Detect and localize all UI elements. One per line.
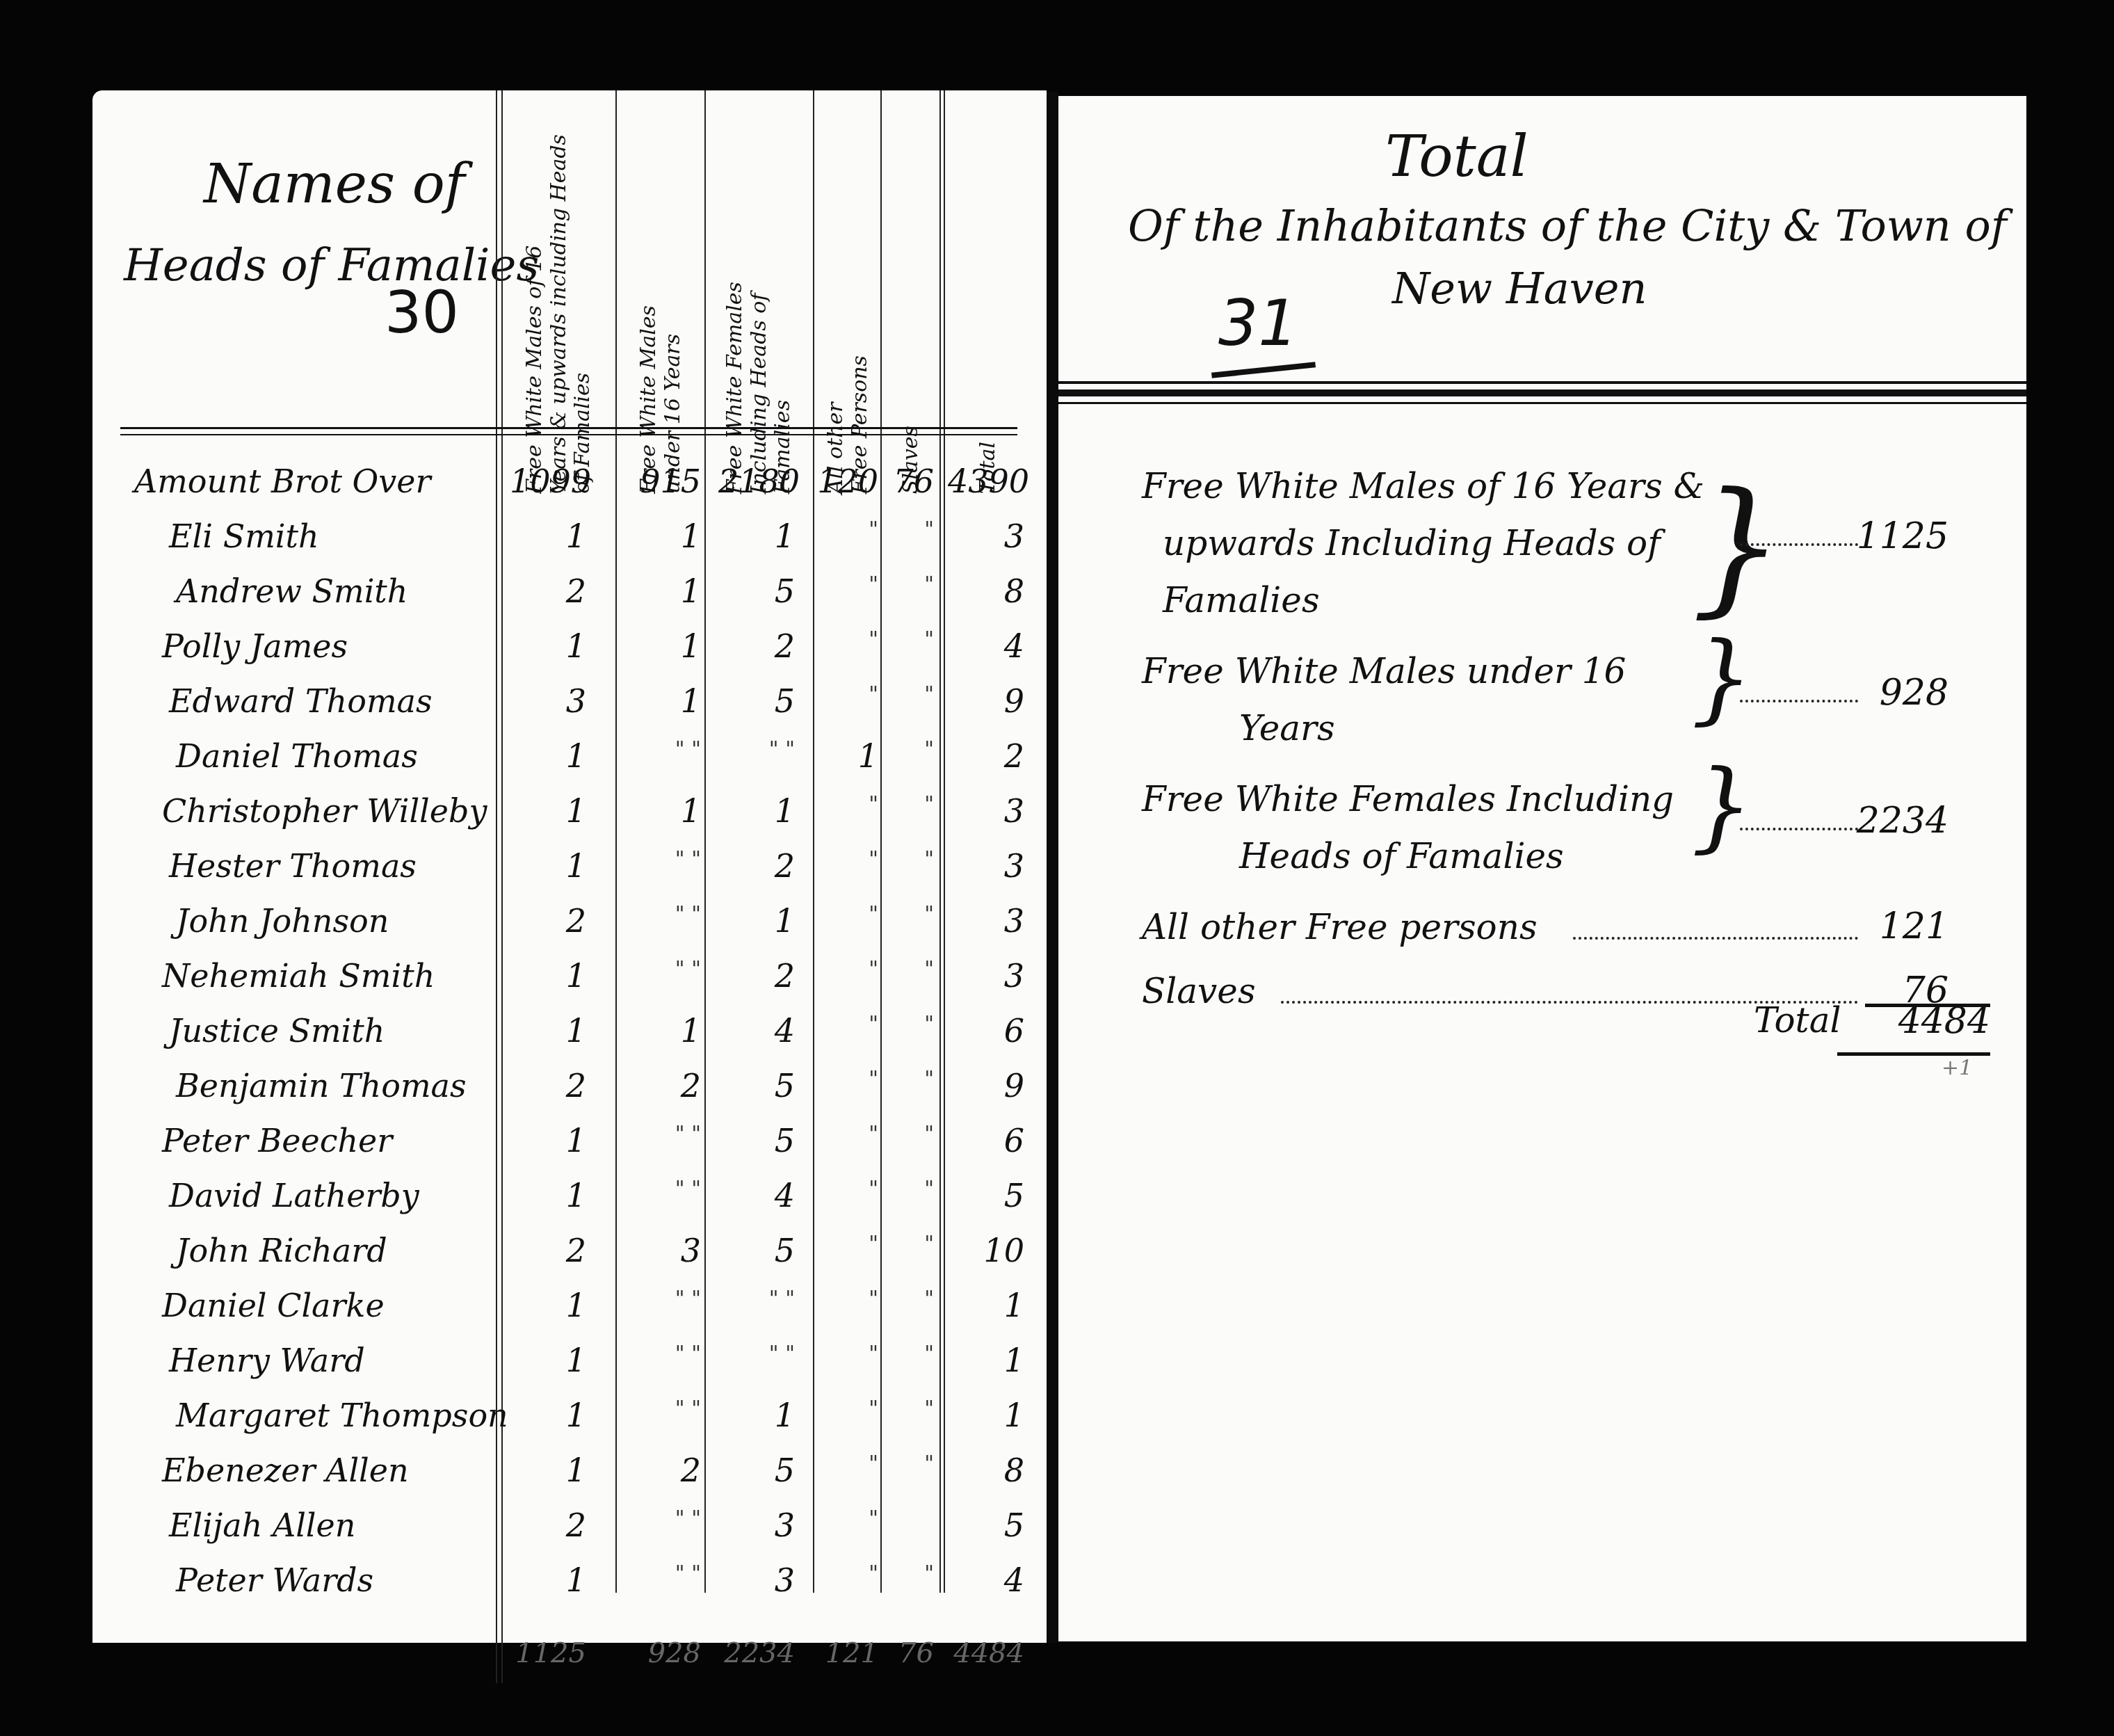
cell-fwf: 1: [718, 517, 795, 555]
cell-total: 9: [948, 1067, 1024, 1104]
brace-icon: }: [1691, 474, 1784, 620]
cell-fwf: 5: [718, 1122, 795, 1159]
total-total: 4484: [948, 1637, 1024, 1669]
head-of-family-name: Amount Brot Over: [134, 463, 430, 500]
table-row: Elijah Allen2" "3"5: [92, 1506, 1047, 1561]
table-row: Benjamin Thomas225""9: [92, 1067, 1047, 1121]
table-row: David Latherby1" "4""5: [92, 1177, 1047, 1231]
cell-slaves: ": [857, 517, 934, 542]
head-of-family-name: Daniel Thomas: [176, 737, 418, 775]
cell-total: 8: [948, 1452, 1024, 1489]
cell-total: 4: [948, 1561, 1024, 1599]
cell-fwf: 5: [718, 1452, 795, 1489]
summary-item: All other Free persons121: [1142, 899, 1990, 956]
cell-slaves: ": [857, 682, 934, 707]
cell-fwf: 5: [718, 572, 795, 610]
table-row: Ebenezer Allen125""8: [92, 1452, 1047, 1506]
cell-total: 1: [948, 1342, 1024, 1379]
head-of-family-name: Eli Smith: [169, 517, 319, 555]
cell-slaves: ": [857, 957, 934, 981]
head-of-family-name: David Latherby: [169, 1177, 419, 1214]
cell-fwm16up: 2: [510, 1506, 586, 1544]
leader-dots: [1740, 828, 1858, 830]
cell-fwm16up: 2: [510, 1232, 586, 1269]
table-row: Polly James112""4: [92, 627, 1047, 682]
table-row: Christopher Willeby111""3: [92, 792, 1047, 846]
cell-total: 6: [948, 1122, 1024, 1159]
cell-total: 4390: [948, 463, 1024, 500]
cell-slaves: ": [857, 1067, 934, 1091]
head-of-family-name: Andrew Smith: [176, 572, 408, 610]
head-of-family-name: Benjamin Thomas: [176, 1067, 467, 1104]
cell-total: 5: [948, 1506, 1024, 1544]
cell-fwm_u16: 915: [624, 463, 701, 500]
cell-fwm_u16: " ": [624, 1342, 701, 1366]
cell-fwm_u16: 2: [624, 1452, 701, 1489]
cell-fwm16up: 1: [510, 1177, 586, 1214]
summary-value: 1125: [1857, 515, 1948, 557]
header-rule: [120, 427, 1017, 429]
head-of-family-name: Nehemiah Smith: [162, 957, 435, 995]
cell-fwf: 5: [718, 682, 795, 720]
table-row: Andrew Smith215""8: [92, 572, 1047, 627]
column-header-fwf: Free White Females Including Heads of Fa…: [707, 104, 812, 494]
head-of-family-name: Hester Thomas: [169, 847, 417, 885]
table-row: Justice Smith114""6: [92, 1012, 1047, 1066]
cell-fwm_u16: 1: [624, 682, 701, 720]
right-page: Total Of the Inhabitants of the City & T…: [1058, 96, 2026, 1641]
cell-fwm_u16: 1: [624, 792, 701, 830]
summary-label: Years: [1142, 700, 1990, 757]
cell-slaves: ": [857, 1232, 934, 1256]
head-of-family-name: Daniel Clarke: [162, 1287, 385, 1324]
cell-total: 4: [948, 627, 1024, 665]
cell-fwf: " ": [718, 1342, 795, 1366]
table-row: Peter Wards1" "3""4: [92, 1561, 1047, 1616]
cell-fwf: 1: [718, 792, 795, 830]
cell-total: 1: [948, 1397, 1024, 1434]
cell-slaves: ": [857, 1452, 934, 1476]
column-header-total: Total: [946, 104, 1030, 494]
cell-fwm_u16: 3: [624, 1232, 701, 1269]
cell-fwm16up: 3: [510, 682, 586, 720]
cell-total: 3: [948, 847, 1024, 885]
cell-slaves: ": [857, 1287, 934, 1311]
cell-slaves: 76: [857, 463, 934, 500]
cell-fwf: 3: [718, 1561, 795, 1599]
heads-of-families-title: Heads of Famalies: [124, 240, 539, 291]
cell-slaves: ": [857, 792, 934, 817]
table-row: Hester Thomas1" "2""3: [92, 847, 1047, 901]
grand-total-label: Total: [1754, 1000, 1841, 1040]
cell-total: 3: [948, 517, 1024, 555]
cell-fwm16up: 2: [510, 572, 586, 610]
cell-other_free: ": [802, 1506, 878, 1531]
summary-item: Free White Males of 16 Years &upwards In…: [1142, 458, 1990, 629]
cell-fwm_u16: " ": [624, 1122, 701, 1146]
cell-total: 2: [948, 737, 1024, 775]
head-of-family-name: John Richard: [176, 1232, 387, 1269]
cell-fwf: 1: [718, 1397, 795, 1434]
total-fwm16up: 1125: [510, 1637, 586, 1669]
table-row: Margaret Thompson1" "1""1: [92, 1397, 1047, 1451]
cell-slaves: ": [857, 1397, 934, 1421]
cell-fwm_u16: " ": [624, 1397, 701, 1421]
summary-item: Slaves76: [1142, 963, 1990, 1020]
column-header-fwm-under16: Free White Males under 16 Years: [618, 104, 703, 494]
cell-fwm_u16: 1: [624, 517, 701, 555]
cell-total: 3: [948, 902, 1024, 940]
summary-value: 928: [1880, 672, 1948, 714]
totals-row: 11259282234121764484: [92, 1637, 1047, 1691]
cell-fwf: 1: [718, 902, 795, 940]
cell-fwm16up: 1: [510, 957, 586, 995]
cell-fwm16up: 1: [510, 627, 586, 665]
summary-label: All other Free persons: [1142, 899, 1990, 956]
table-row: Daniel Clarke1" "" """1: [92, 1287, 1047, 1341]
cell-fwm_u16: 2: [624, 1067, 701, 1104]
grand-total-value: 4484: [1898, 1000, 1990, 1042]
cell-fwf: " ": [718, 737, 795, 762]
margin-note: +1: [1942, 1056, 1972, 1080]
cell-fwf: 4: [718, 1012, 795, 1050]
head-of-family-name: Peter Wards: [176, 1561, 373, 1599]
cell-slaves: ": [857, 627, 934, 652]
cell-fwm16up: 1: [510, 847, 586, 885]
cell-fwm_u16: " ": [624, 1561, 701, 1586]
cell-fwm_u16: " ": [624, 847, 701, 871]
left-page: Names of Heads of Famalies 30 Free White…: [92, 90, 1047, 1643]
cell-fwm16up: 1: [510, 1287, 586, 1324]
cell-slaves: ": [857, 1177, 934, 1201]
cell-total: 9: [948, 682, 1024, 720]
cell-fwf: 2: [718, 847, 795, 885]
cell-fwm16up: 2: [510, 902, 586, 940]
cell-slaves: ": [857, 1122, 934, 1146]
page-number-right: 31: [1218, 287, 1298, 360]
summary-label: Famalies: [1142, 572, 1990, 629]
table-row: Nehemiah Smith1" "2""3: [92, 957, 1047, 1011]
summary-value: 121: [1880, 906, 1948, 947]
head-of-family-name: Justice Smith: [169, 1012, 385, 1050]
head-of-family-name: Margaret Thompson: [176, 1397, 508, 1434]
cell-fwm_u16: " ": [624, 1287, 701, 1311]
summary-title: Total: [1385, 124, 1528, 190]
cell-fwm_u16: " ": [624, 1177, 701, 1201]
cell-fwm_u16: 1: [624, 572, 701, 610]
cell-fwm_u16: 1: [624, 1012, 701, 1050]
cell-fwm16up: 1099: [510, 463, 586, 500]
cell-slaves: ": [857, 902, 934, 926]
table-row: Eli Smith111""3: [92, 517, 1047, 572]
head-of-family-name: Henry Ward: [169, 1342, 365, 1379]
header-rule: [1058, 402, 2026, 404]
cell-slaves: ": [857, 1012, 934, 1036]
summary-item: Free White Males under 16Years}928: [1142, 643, 1990, 757]
cell-total: 5: [948, 1177, 1024, 1214]
cell-slaves: ": [857, 572, 934, 597]
head-of-family-name: Peter Beecher: [162, 1122, 392, 1159]
cell-fwm16up: 1: [510, 1452, 586, 1489]
total-fwf: 2234: [718, 1637, 795, 1669]
head-of-family-name: Polly James: [162, 627, 348, 665]
cell-fwf: 5: [718, 1067, 795, 1104]
table-row: Henry Ward1" "" """1: [92, 1342, 1047, 1396]
cell-fwf: 4: [718, 1177, 795, 1214]
head-of-family-name: Edward Thomas: [169, 682, 433, 720]
cell-fwf: 2: [718, 957, 795, 995]
cell-fwm16up: 1: [510, 737, 586, 775]
cell-fwm16up: 1: [510, 1397, 586, 1434]
names-title: Names of: [204, 153, 465, 216]
cell-slaves: ": [857, 1561, 934, 1586]
cell-fwm16up: 1: [510, 792, 586, 830]
cell-fwm16up: 2: [510, 1067, 586, 1104]
head-of-family-name: Christopher Willeby: [162, 792, 487, 830]
cell-fwf: 2: [718, 627, 795, 665]
head-of-family-name: Ebenezer Allen: [162, 1452, 409, 1489]
cell-slaves: ": [857, 1342, 934, 1366]
cell-total: 6: [948, 1012, 1024, 1050]
cell-slaves: ": [857, 737, 934, 762]
page-number-left: 30: [385, 278, 459, 346]
total-fwm_u16: 928: [624, 1637, 701, 1669]
page-binding: [1047, 92, 1058, 1643]
brace-icon: }: [1691, 758, 1753, 855]
header-rule: [1058, 381, 2026, 384]
table-row: Edward Thomas315""9: [92, 682, 1047, 737]
summary-label: Slaves: [1142, 963, 1990, 1020]
cell-fwm16up: 1: [510, 1012, 586, 1050]
cell-fwm_u16: " ": [624, 902, 701, 926]
summary-value: 2234: [1857, 800, 1948, 842]
summary-item: Free White Females IncludingHeads of Fam…: [1142, 771, 1990, 885]
column-header-slaves: Slaves: [883, 104, 939, 494]
page-number-underline: [1211, 362, 1316, 378]
cell-fwm_u16: " ": [624, 1506, 701, 1531]
cell-fwm_u16: 1: [624, 627, 701, 665]
table-row: Amount Brot Over10999152180120764390: [92, 463, 1047, 517]
summary-subtitle: Of the Inhabitants of the City & Town of: [1128, 200, 2007, 251]
summary-label: Free White Males under 16: [1142, 643, 1990, 700]
cell-total: 8: [948, 572, 1024, 610]
cell-fwm_u16: " ": [624, 737, 701, 762]
cell-slaves: ": [857, 847, 934, 871]
cell-fwm16up: 1: [510, 517, 586, 555]
cell-fwm16up: 1: [510, 1561, 586, 1599]
column-header-other-free: All other Free Persons: [816, 104, 880, 494]
cell-fwf: 2180: [718, 463, 795, 500]
leader-dots: [1740, 700, 1858, 702]
header-rule: [120, 434, 1017, 435]
cell-fwf: 5: [718, 1232, 795, 1269]
cell-fwm16up: 1: [510, 1122, 586, 1159]
head-of-family-name: John Johnson: [176, 902, 389, 940]
cell-fwm_u16: " ": [624, 957, 701, 981]
table-row: Daniel Thomas1" "" "1"2: [92, 737, 1047, 791]
town-name: New Haven: [1392, 263, 1647, 314]
column-header-fwm16up: Free White Males of 16 Years & upwards i…: [504, 104, 614, 494]
total-slaves: 76: [857, 1637, 934, 1669]
cell-total: 1: [948, 1287, 1024, 1324]
table-row: John Johnson2" "1""3: [92, 902, 1047, 956]
cell-total: 10: [948, 1232, 1024, 1269]
brace-icon: }: [1691, 630, 1753, 728]
cell-total: 3: [948, 957, 1024, 995]
table-row: Peter Beecher1" "5""6: [92, 1122, 1047, 1176]
leader-dots: [1573, 937, 1858, 940]
header-rule: [1058, 389, 2026, 396]
table-row: John Richard235""10: [92, 1232, 1047, 1286]
cell-fwf: " ": [718, 1287, 795, 1311]
summary-label: Free White Males of 16 Years &: [1142, 458, 1990, 515]
cell-total: 3: [948, 792, 1024, 830]
leader-dots: [1740, 543, 1858, 546]
head-of-family-name: Elijah Allen: [169, 1506, 355, 1544]
cell-fwf: 3: [718, 1506, 795, 1544]
cell-fwm16up: 1: [510, 1342, 586, 1379]
